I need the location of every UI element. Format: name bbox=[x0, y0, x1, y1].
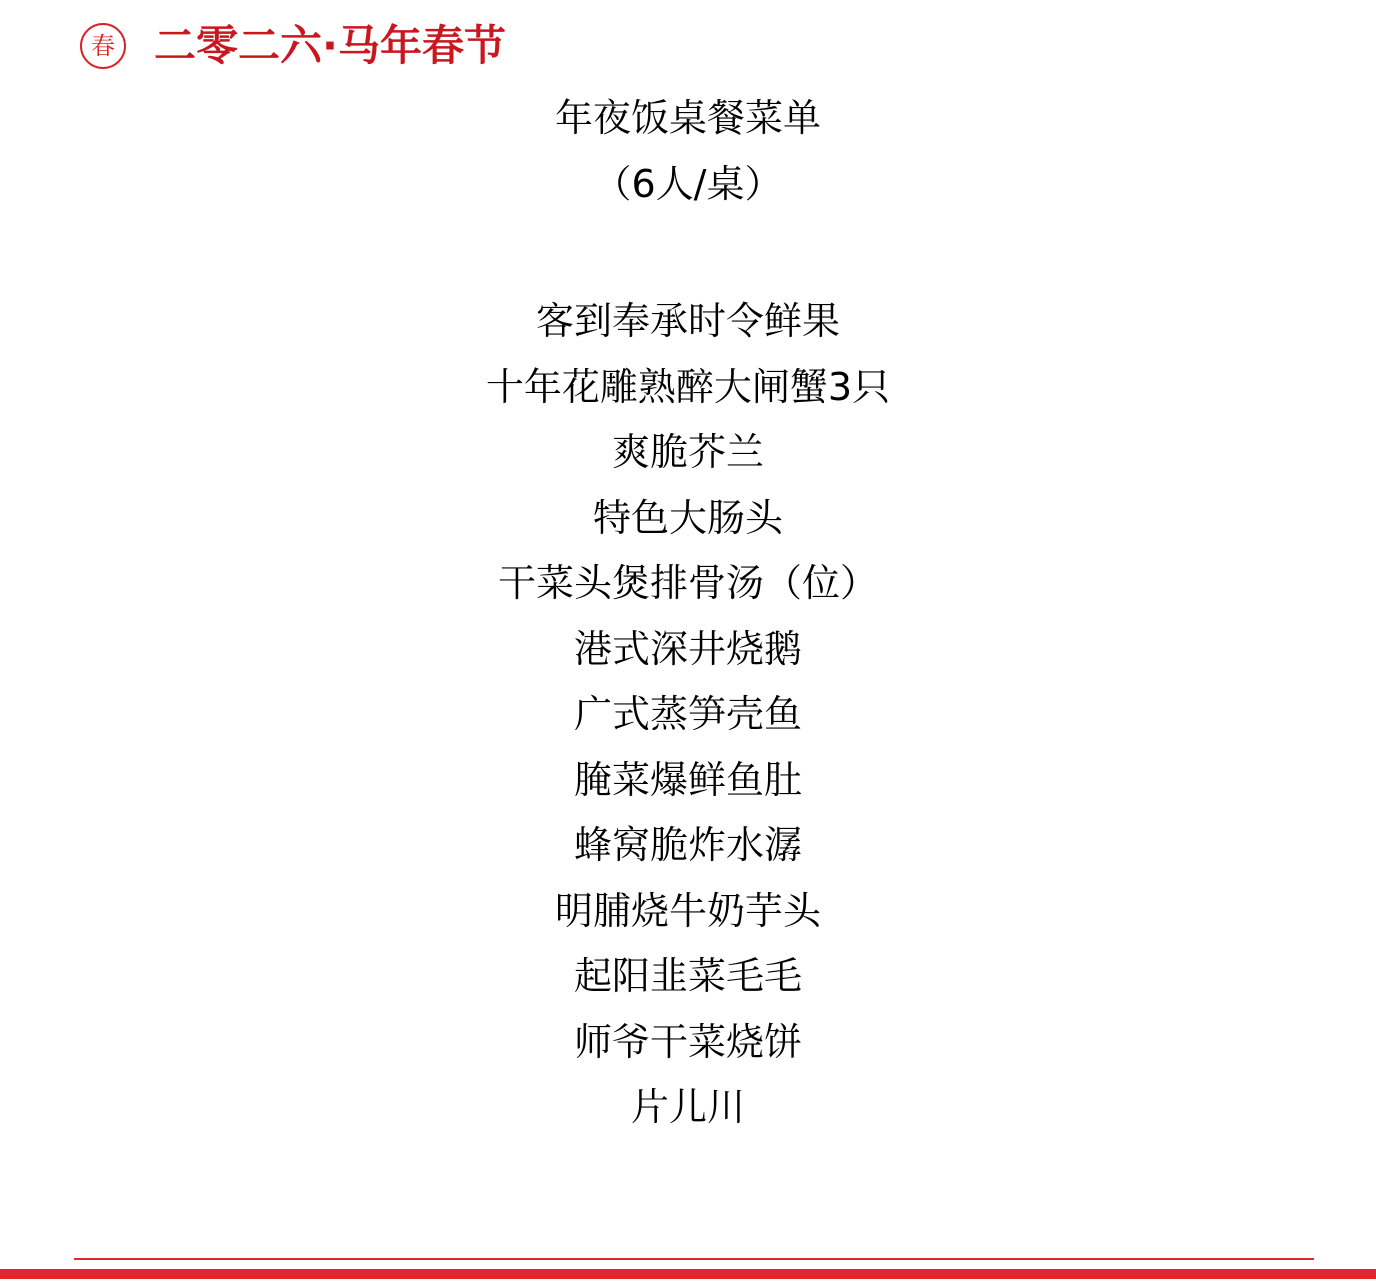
dish-item: 师爷干菜烧饼 bbox=[0, 1010, 1376, 1076]
spring-seal-icon: 春 bbox=[80, 23, 126, 69]
page-title: 二零二六·马年春节 bbox=[154, 25, 506, 67]
dish-item: 十年花雕熟醉大闸蟹3只 bbox=[0, 355, 1376, 421]
menu-heading: 年夜饭桌餐菜单 （6人/桌） bbox=[0, 92, 1376, 210]
dish-item: 干菜头煲排骨汤（位） bbox=[0, 551, 1376, 617]
dish-item: 客到奉承时令鲜果 bbox=[0, 289, 1376, 355]
footer-accent-bar bbox=[0, 1269, 1376, 1279]
dish-item: 爽脆芥兰 bbox=[0, 420, 1376, 486]
dish-item: 蜂窝脆炸水潺 bbox=[0, 813, 1376, 879]
footer-divider-line bbox=[74, 1258, 1314, 1260]
dish-item: 明脯烧牛奶芋头 bbox=[0, 879, 1376, 945]
page-header: 春 二零二六·马年春节 bbox=[80, 18, 506, 74]
badge-char: 春 bbox=[91, 34, 115, 58]
dish-item: 广式蒸笋壳鱼 bbox=[0, 682, 1376, 748]
dish-item: 港式深井烧鹅 bbox=[0, 617, 1376, 683]
dish-item: 起阳韭菜毛毛 bbox=[0, 944, 1376, 1010]
dish-list: 客到奉承时令鲜果 十年花雕熟醉大闸蟹3只 爽脆芥兰 特色大肠头 干菜头煲排骨汤（… bbox=[0, 289, 1376, 1141]
menu-title: 年夜饭桌餐菜单 bbox=[0, 92, 1376, 144]
dish-item: 腌菜爆鲜鱼肚 bbox=[0, 748, 1376, 814]
dish-item: 特色大肠头 bbox=[0, 486, 1376, 552]
dish-item: 片儿川 bbox=[0, 1075, 1376, 1141]
menu-subtitle: （6人/桌） bbox=[0, 158, 1376, 210]
